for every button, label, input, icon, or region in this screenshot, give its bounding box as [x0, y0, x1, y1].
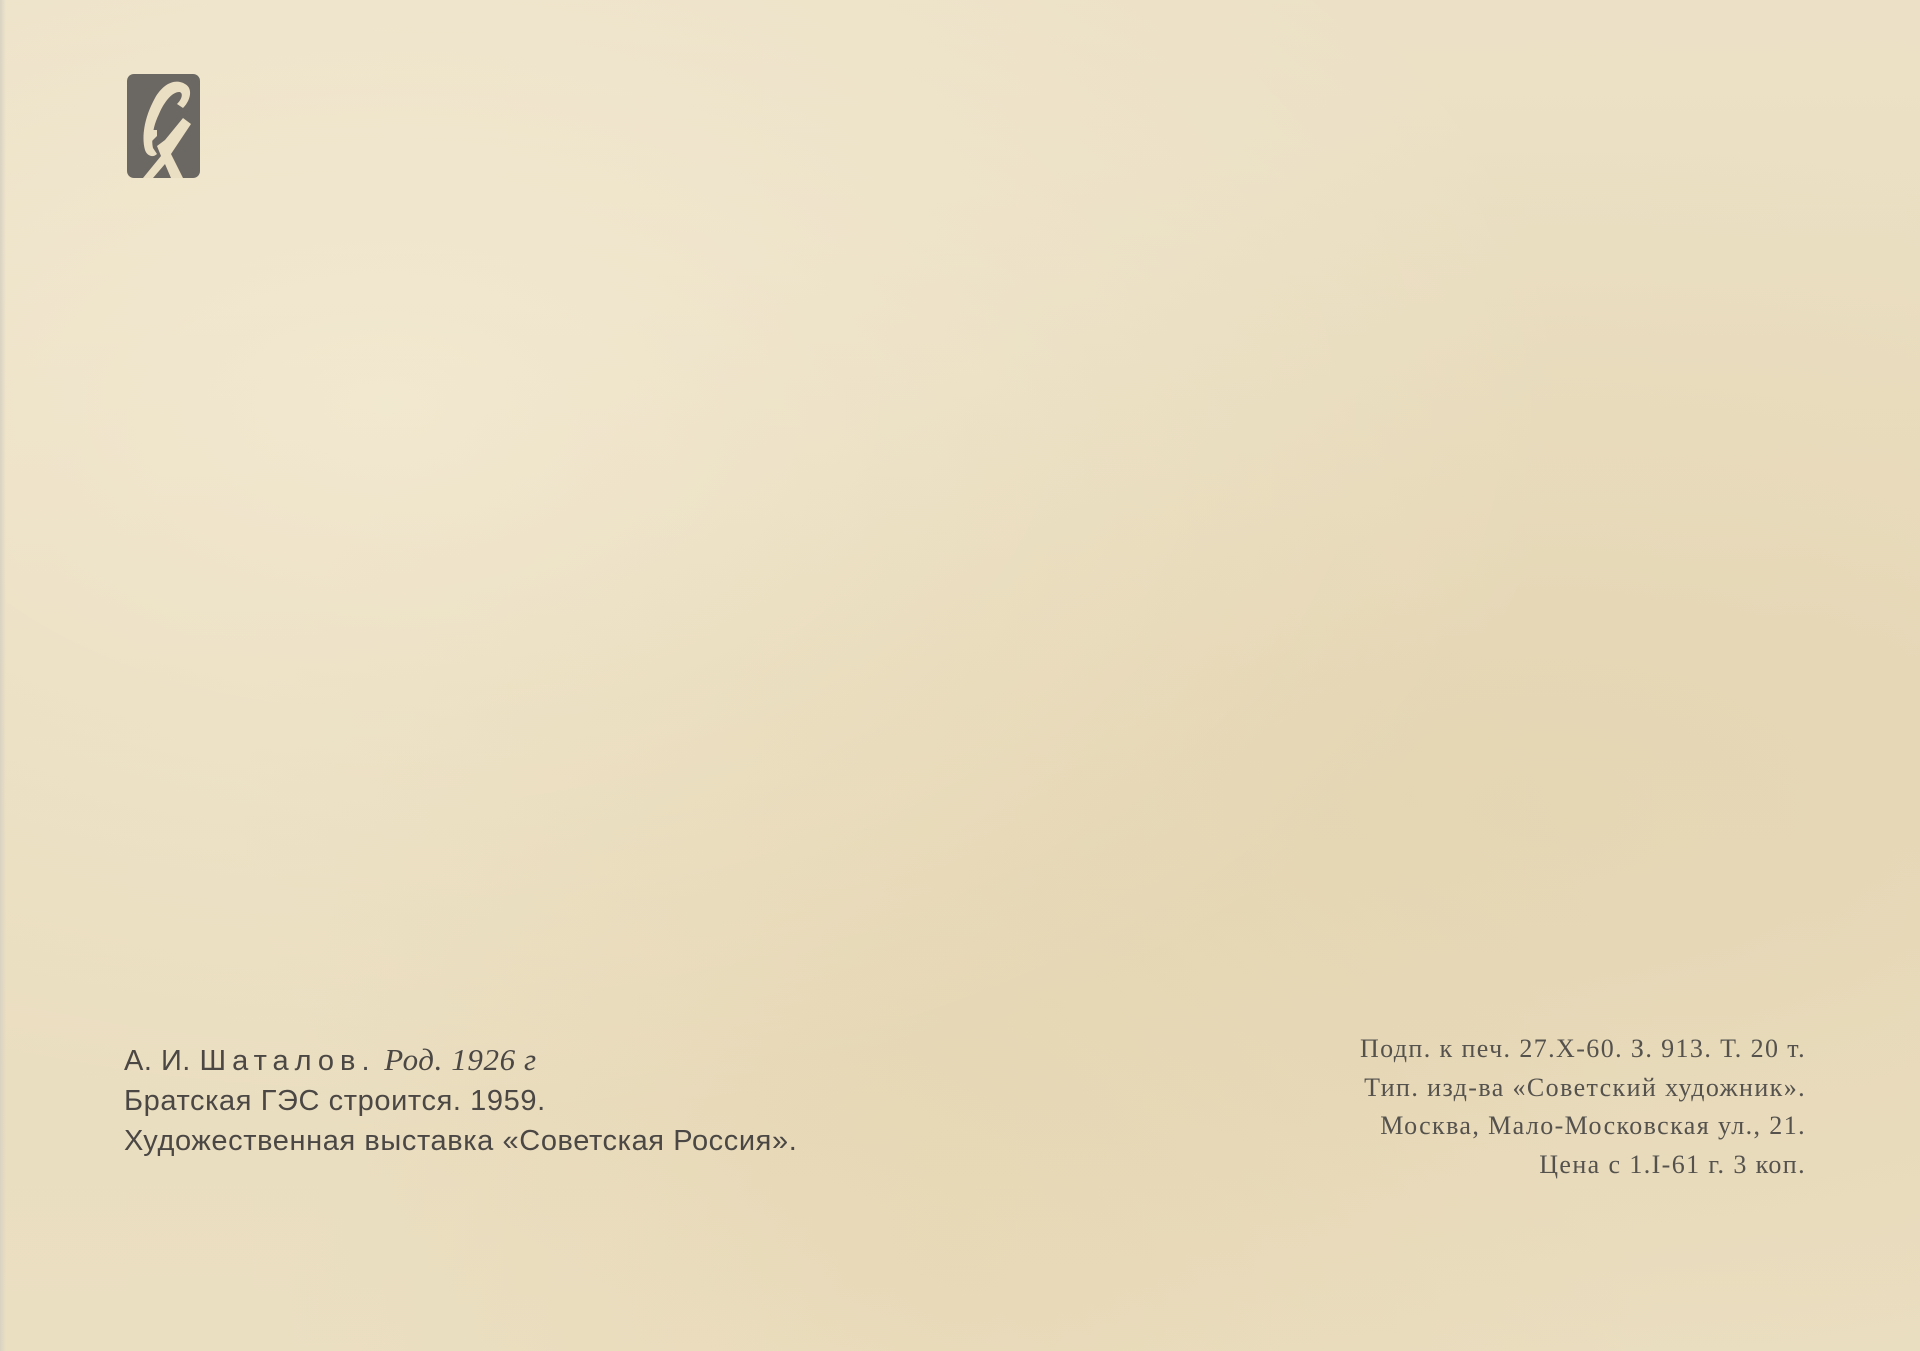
author-surname: Шаталов.: [200, 1045, 376, 1077]
imprint-line-address: Москва, Мало-Московская ул., 21.: [1360, 1107, 1806, 1146]
author-initials: А. И.: [124, 1045, 191, 1077]
printing-imprint: Подп. к печ. 27.X-60. З. 913. Т. 20 т. Т…: [1360, 1030, 1806, 1184]
artwork-title: Братская ГЭС строится. 1959.: [124, 1081, 797, 1121]
imprint-line-print-date: Подп. к печ. 27.X-60. З. 913. Т. 20 т.: [1360, 1030, 1806, 1069]
card-edge-shadow: [0, 0, 6, 1351]
artwork-caption: А. И. Шаталов. Род. 1926 г Братская ГЭС …: [124, 1040, 797, 1161]
imprint-line-price: Цена с 1.I-61 г. 3 коп.: [1360, 1146, 1806, 1185]
imprint-line-printer: Тип. изд-ва «Советский художник».: [1360, 1069, 1806, 1108]
exhibition-line: Художественная выставка «Советская Росси…: [124, 1121, 797, 1161]
author-line: А. И. Шаталов. Род. 1926 г: [124, 1040, 797, 1081]
publisher-monogram-icon: [127, 74, 200, 178]
birth-note: Род. 1926 г: [384, 1042, 537, 1077]
